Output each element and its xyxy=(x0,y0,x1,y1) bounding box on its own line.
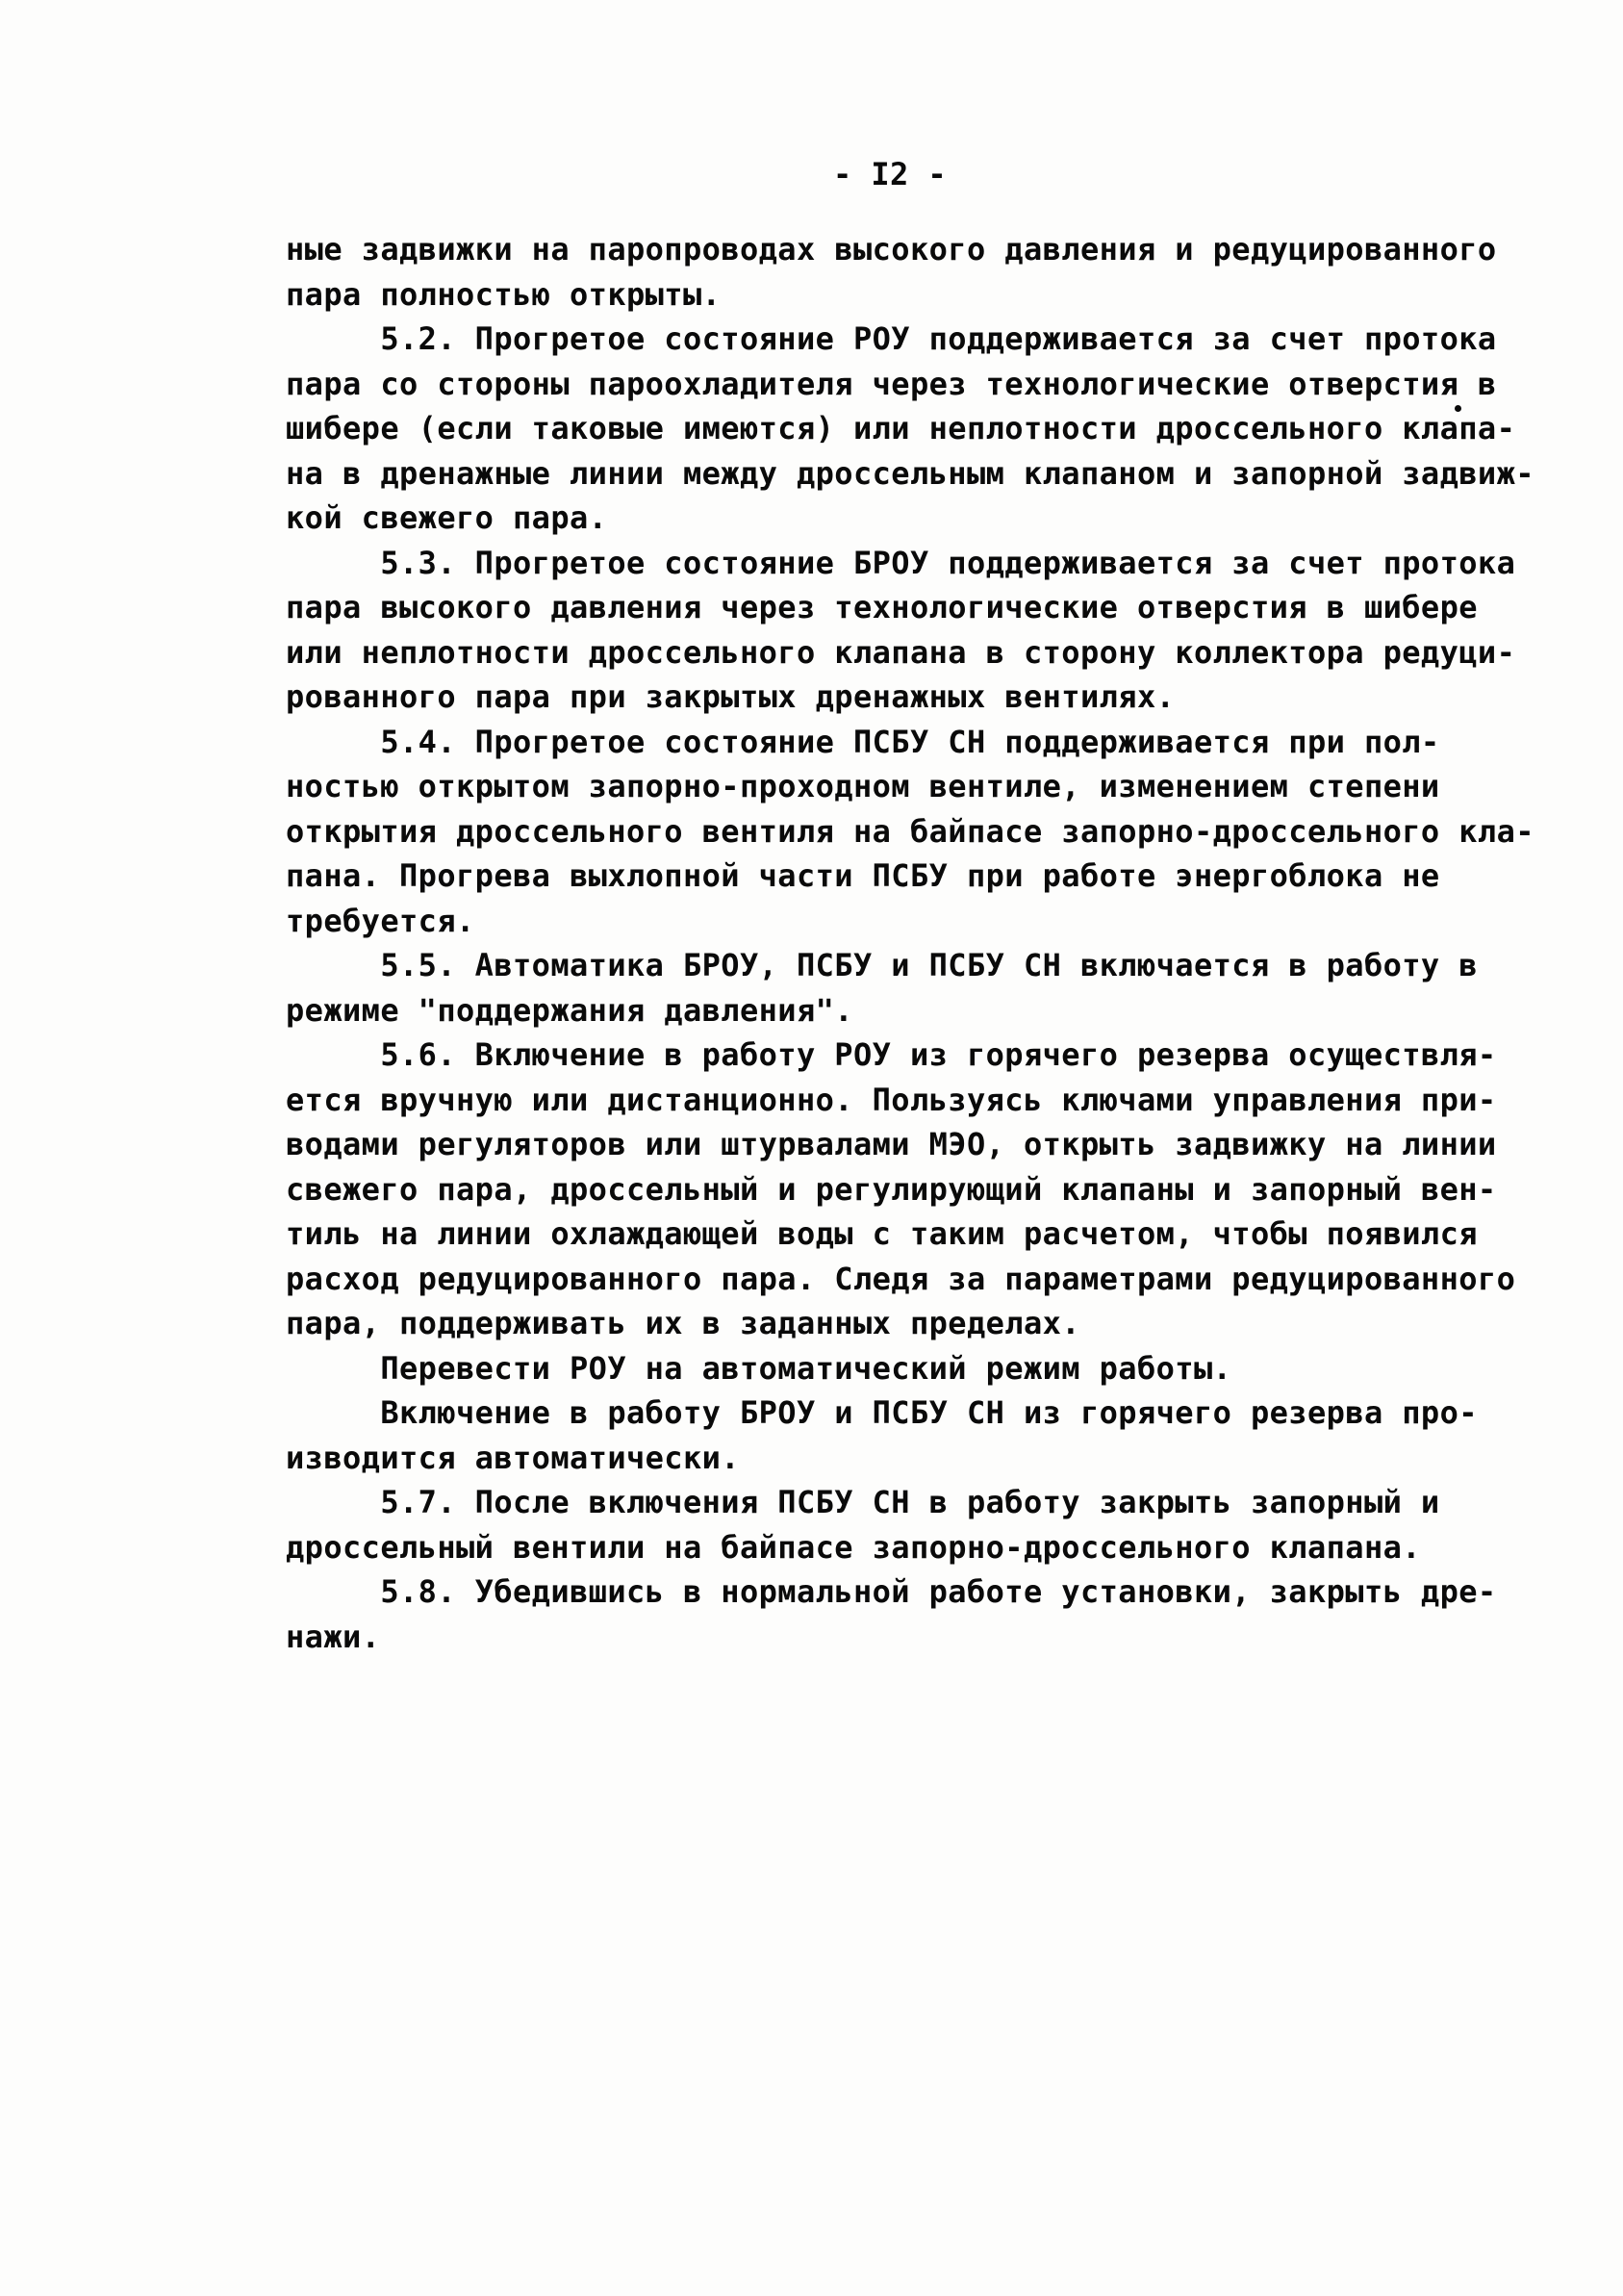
ink-dot-artifact xyxy=(1455,405,1461,412)
page-number: - I2 - xyxy=(286,152,1494,196)
body-text: ные задвижки на паропроводах высокого да… xyxy=(286,227,1534,1659)
document-page: - I2 - ные задвижки на паропроводах высо… xyxy=(0,0,1623,2296)
